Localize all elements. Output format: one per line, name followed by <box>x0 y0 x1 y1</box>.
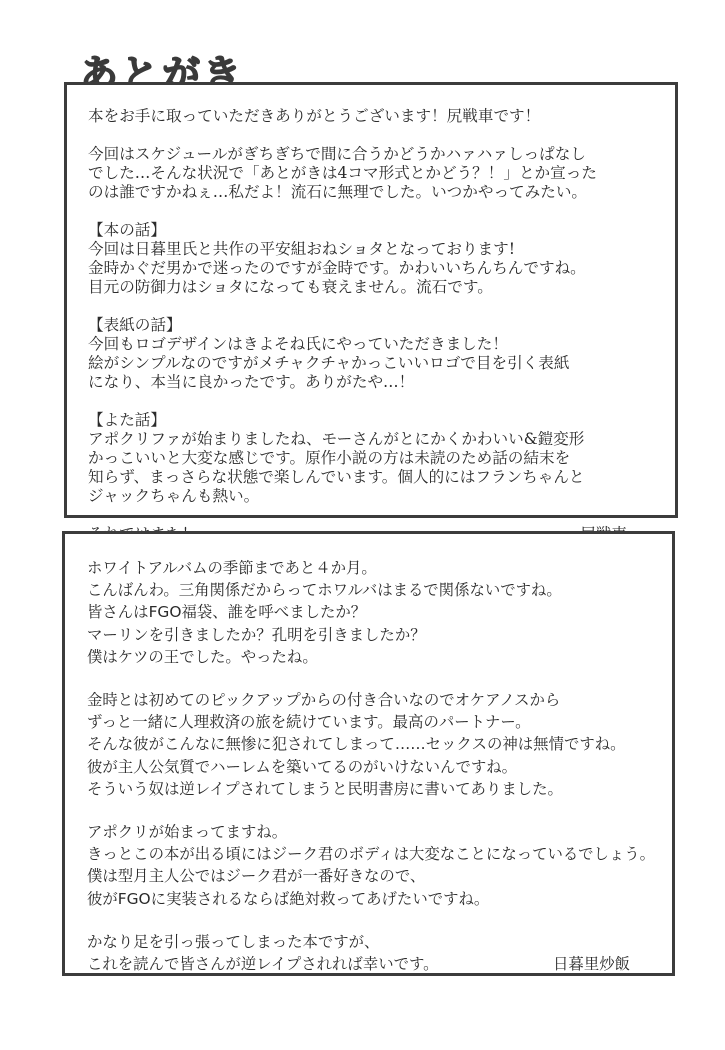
text-line: 金時とは初めてのピックアップからの付き合いなのでオケアノスから <box>87 689 658 711</box>
afterword-box-nippori: ホワイトアルバムの季節まであと４か月。 こんばんわ。三角関係だからってホワルバは… <box>62 531 675 976</box>
text-line: きっとこの本が出る頃にはジーク君のボディは大変なことになっているでしょう。 <box>87 843 658 865</box>
text-line: ホワイトアルバムの季節まであと４か月。 <box>87 557 658 579</box>
schedule-paragraph: 今回はスケジュールがぎちぎちで間に合うかどうかハァハァしっぱなし でした…そんな… <box>88 145 657 202</box>
greeting-paragraph: ホワイトアルバムの季節まであと４か月。 こんばんわ。三角関係だからってホワルバは… <box>87 557 658 668</box>
text-line: 目元の防御力はショタになっても衰えません。流石です。 <box>88 278 657 297</box>
text-line: 本をお手に取っていただきありがとうございます！尻戦車です！ <box>88 107 657 126</box>
text-line: 今回もロゴデザインはきよそね氏にやっていただきました！ <box>88 335 657 354</box>
afterword-box-shirosensha: 本をお手に取っていただきありがとうございます！尻戦車です！ 今回はスケジュールが… <box>64 82 678 518</box>
text-line: 彼がFGOに実装されるならば絶対救ってあげたいですね。 <box>87 888 658 910</box>
text-line: 今回は日暮里氏と共作の平安組おねショタとなっております! <box>88 240 657 259</box>
closing-paragraph: かなり足を引っ張ってしまった本ですが、 これを読んで皆さんが逆レイプされれば幸い… <box>87 931 658 975</box>
text-line: 知らず、まっさらな状態で楽しんでいます。個人的にはフランちゃんと <box>88 468 657 487</box>
text-line: 皆さんはFGO福袋、誰を呼べましたか？ <box>87 601 658 623</box>
text-line: 今回はスケジュールがぎちぎちで間に合うかどうかハァハァしっぱなし <box>88 145 657 164</box>
kintoki-paragraph: 金時とは初めてのピックアップからの付き合いなのでオケアノスから ずっと一緒に人理… <box>87 689 658 800</box>
text-line: かっこいいと大変な感じです。原作小説の方は未読のため話の結末を <box>88 449 657 468</box>
intro-paragraph: 本をお手に取っていただきありがとうございます！尻戦車です！ <box>88 107 657 126</box>
afterword-content: 本をお手に取っていただきありがとうございます！尻戦車です！ 今回はスケジュールが… <box>88 107 657 544</box>
section-heading: 【よた話】 <box>88 411 657 430</box>
section-book: 【本の話】 今回は日暮里氏と共作の平安組おねショタとなっております! 金時かぐだ… <box>88 221 657 297</box>
text-line: 僕は型月主人公ではジーク君が一番好きなので、 <box>87 865 658 887</box>
text-line: ずっと一緒に人理救済の旅を続けています。最高のパートナー。 <box>87 711 658 733</box>
apocrypha-paragraph: アポクリが始まってますね。 きっとこの本が出る頃にはジーク君のボディは大変なこと… <box>87 821 658 910</box>
author-signature: 日暮里炒飯 <box>553 953 630 975</box>
text-line: そういう奴は逆レイプされてしまうと民明書房に書いてありました。 <box>87 778 658 800</box>
section-heading: 【本の話】 <box>88 221 657 240</box>
text-line: になり、本当に良かったです。ありがたや…！ <box>88 373 657 392</box>
text-line: アポクリが始まってますね。 <box>87 821 658 843</box>
section-misc: 【よた話】 アポクリファが始まりましたね、モーさんがとにかくかわいい&鎧変形 か… <box>88 411 657 506</box>
text-line: アポクリファが始まりましたね、モーさんがとにかくかわいい&鎧変形 <box>88 430 657 449</box>
section-heading: 【表紙の話】 <box>88 316 657 335</box>
section-cover: 【表紙の話】 今回もロゴデザインはきよそね氏にやっていただきました！ 絵がシンプ… <box>88 316 657 392</box>
text-line: 絵がシンプルなのですがメチャクチャかっこいいロゴで目を引く表紙 <box>88 354 657 373</box>
text-line: のは誰ですかねぇ…私だよ！流石に無理でした。いつかやってみたい。 <box>88 183 657 202</box>
afterword-content: ホワイトアルバムの季節まであと４か月。 こんばんわ。三角関係だからってホワルバは… <box>87 557 658 975</box>
text-line: 僕はケツの王でした。やったね。 <box>87 646 658 668</box>
text-line: でした…そんな状況で「あとがきは4コマ形式とかどう？！」とか宣った <box>88 164 657 183</box>
text-line: こんばんわ。三角関係だからってホワルバはまるで関係ないですね。 <box>87 579 658 601</box>
text-line: マーリンを引きましたか？孔明を引きましたか？ <box>87 624 658 646</box>
text-line: ジャックちゃんも熱い。 <box>88 487 657 506</box>
text-line: 彼が主人公気質でハーレムを築いてるのがいけないんですね。 <box>87 756 658 778</box>
text-line: そんな彼がこんなに無惨に犯されてしまって……セックスの神は無情ですね。 <box>87 733 658 755</box>
text-line: かなり足を引っ張ってしまった本ですが、 <box>87 931 658 953</box>
text-line: 金時かぐだ男かで迷ったのですが金時です。かわいいちんちんですね。 <box>88 259 657 278</box>
